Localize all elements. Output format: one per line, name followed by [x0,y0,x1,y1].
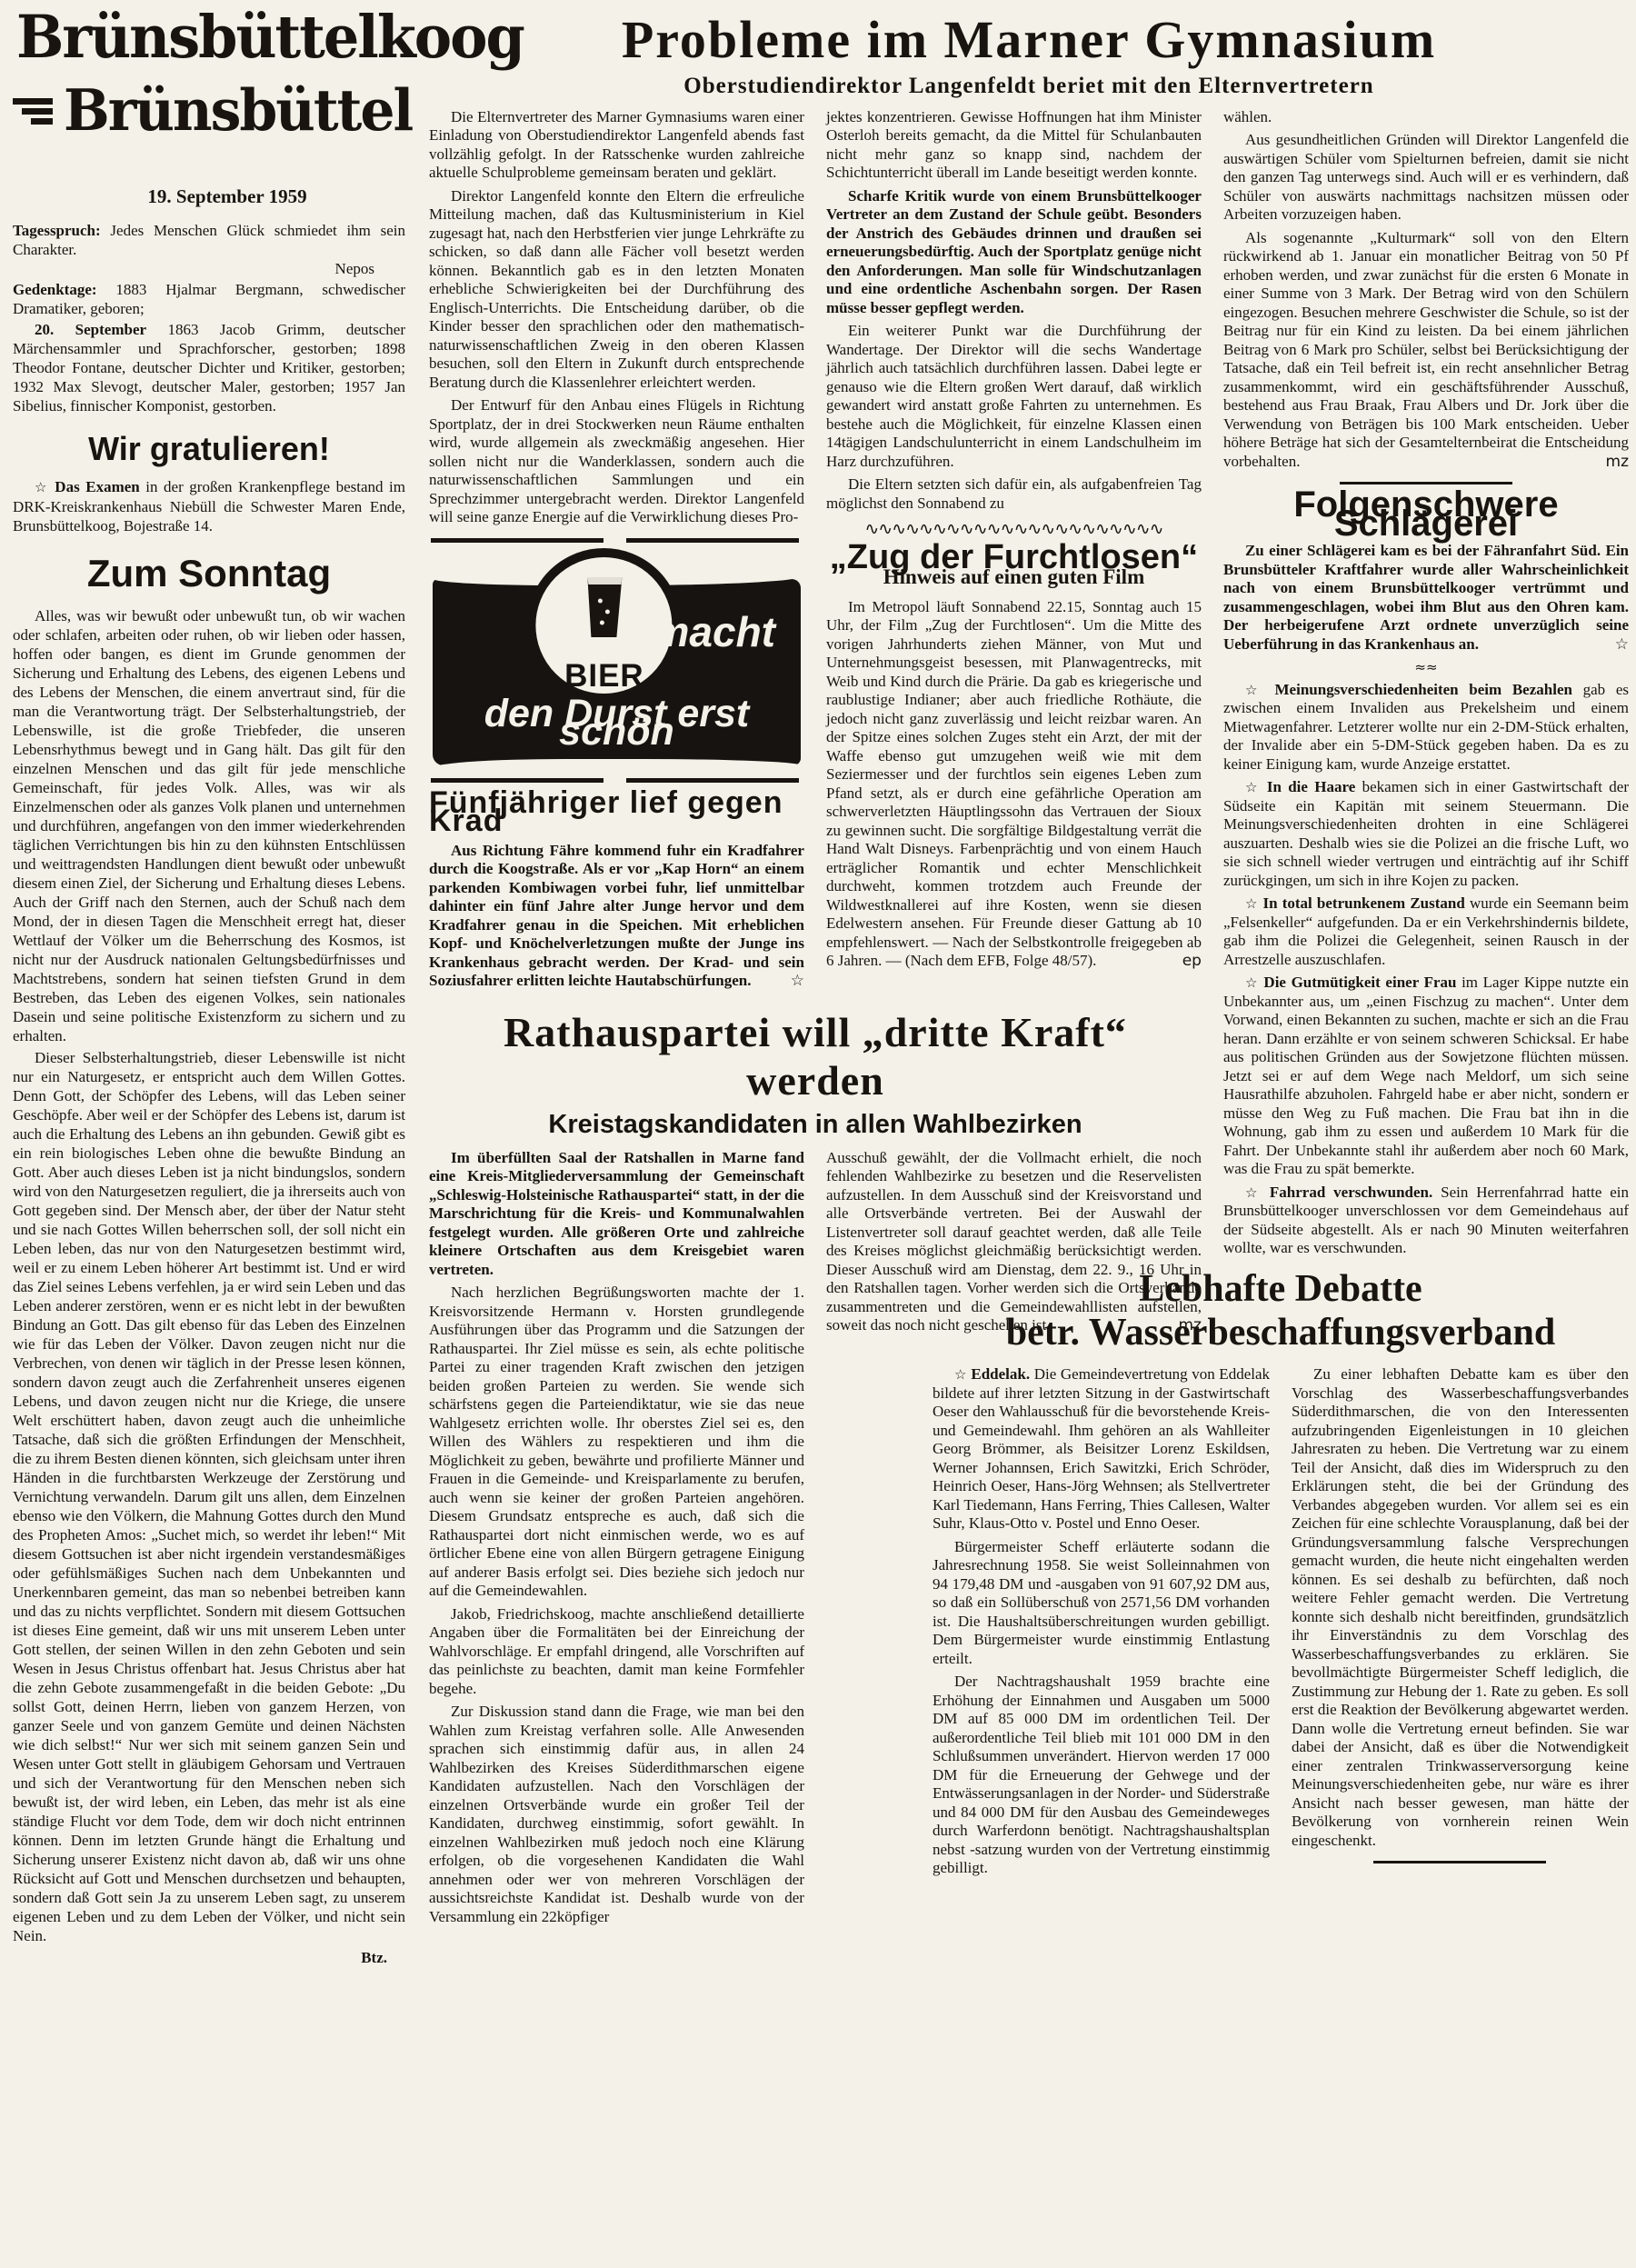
town-hall-party-signature: mz [1178,1316,1201,1335]
sunday-paragraph-2: Dieser Selbsterhaltungstrieb, dieser Leb… [13,1048,405,1945]
gymnasium-paragraph: Die Eltern setzten sich dafür ein, als a… [826,475,1202,513]
town-hall-party-column-2: Ausschuß gewählt, der die Vollmacht erhi… [826,1149,1202,1932]
gymnasium-paragraph: Die Elternvertreter des Marner Gymnasium… [429,108,804,183]
main-subhead: Oberstudiendirektor Langenfeldt beriet m… [429,74,1629,99]
speed-lines-icon [13,95,53,128]
section-rule [431,538,803,543]
news-item: ☆ In total betrunkenem Zustand wurde ein… [1223,894,1629,969]
star-icon: ☆ [769,972,804,991]
town-hall-party-column-1: Im überfüllten Saal der Ratshallen in Ma… [429,1149,804,1932]
gymnasium-column-2: jektes konzentrieren. Gewisse Hoffnungen… [826,108,1202,995]
memorial-label: Gedenktage: [13,281,97,298]
accident-article-body: Aus Richtung Fähre kommend fuhr ein Krad… [429,842,804,991]
gymnasium-paragraph: Ein weiterer Punkt war die Durchführung … [826,322,1202,471]
water-board-paragraph: Zu einer lebhaften Debatte kam es über d… [1292,1365,1629,1850]
star-icon: ☆ [1593,635,1629,654]
beer-advertisement: BIER macht den Durst erst schön [433,579,801,765]
film-review-heading: „Zug der Furchtlosen“ [826,548,1202,567]
town-hall-party-headline: Rathauspartei will „dritte Kraft“ werden [429,1008,1202,1104]
sunday-signature: Btz. [13,1948,405,1967]
gymnasium-paragraph: Aus gesundheitlichen Gründen will Direkt… [1223,131,1629,225]
newspaper-page: Brünsbüttelkoog Brünsbüttel 19. Septembe… [0,0,1636,2268]
news-item: ☆ Die Gutmütigkeit einer Frau im Lager K… [1223,974,1629,1179]
squiggle-divider: ∿∿∿∿∿∿∿∿∿∿∿∿∿∿∿∿∿∿∿∿∿∿ [826,520,1202,539]
congratulations-item: ☆ Das Examen in der großen Krankenpflege… [13,477,405,535]
gymnasium-paragraph: Der Entwurf für den Anbau eines Flügels … [429,396,804,527]
memorial-days: Gedenktage: 1883 Hjalmar Bergmann, schwe… [13,280,405,415]
mini-squiggle-divider: ≈≈ [1223,658,1629,677]
section-rule [431,778,803,783]
article-end-rule [1373,1861,1546,1863]
news-item: ☆ In die Haare bekamen sich in einer Gas… [1223,778,1629,890]
star-icon: ☆ [1245,974,1259,991]
star-icon: ☆ [1245,682,1264,698]
gymnasium-signature: mz [1584,453,1629,472]
film-review-signature: ep [1161,952,1202,971]
town-hall-party-paragraph: Zur Diskussion stand dann die Frage, wie… [429,1703,804,1926]
gymnasium-carry-word: wählen. [1223,108,1629,127]
gymnasium-criticism-paragraph: Scharfe Kritik wurde von einem Brunsbütt… [826,187,1202,318]
sunday-column: Alles, was wir bewußt oder unbewußt tun,… [13,606,405,1967]
daily-quote: Tagesspruch: Jedes Menschen Glück schmie… [13,221,405,278]
accident-article-heading: Fünfjähriger lief gegen Krad [429,794,804,831]
issue-date: 19. September 1959 [49,185,405,208]
star-icon: ☆ [1245,895,1258,912]
masthead: Brünsbüttelkoog Brünsbüttel 19. Septembe… [13,9,405,208]
town-hall-party-paragraph: Ausschuß gewählt, der die Vollmacht erhi… [826,1149,1202,1335]
gymnasium-paragraph: Direktor Langenfeld konnte den Eltern di… [429,187,804,393]
quote-label: Tagesspruch: [13,222,101,239]
masthead-title-line2: Brünsbüttel [64,83,412,139]
star-icon: ☆ [1245,779,1261,795]
main-area: Probleme im Marner Gymnasium Oberstudien… [429,9,1629,2268]
masthead-title-line1: Brünsbüttelkoog [13,8,405,66]
beer-glass-icon [581,572,628,641]
sunday-column-heading: Zum Sonntag [13,552,405,595]
right-column: wählen. Aus gesundheitlichen Gründen wil… [1223,108,1629,1932]
gymnasium-article-head: Probleme im Marner Gymnasium Oberstudien… [429,9,1629,99]
town-hall-party-paragraph: Jakob, Friedrichskoog, machte anschließe… [429,1605,804,1699]
main-headline: Probleme im Marner Gymnasium [429,13,1629,68]
town-hall-party-paragraph: Nach herzlichen Begrüßungsworten machte … [429,1284,804,1601]
star-icon: ☆ [1245,1184,1262,1201]
news-item: ☆ Fahrrad verschwunden. Sein Herrenfahrr… [1223,1184,1629,1258]
left-column: Brünsbüttelkoog Brünsbüttel 19. Septembe… [13,9,405,2268]
congratulations-heading: Wir gratulieren! [13,430,405,468]
town-hall-party-intro: Im überfüllten Saal der Ratshallen in Ma… [429,1149,804,1280]
gymnasium-column-1: Die Elternvertreter des Marner Gymnasium… [429,108,804,995]
brawl-article-body: Zu einer Schlägerei kam es bei der Fähra… [1223,542,1629,654]
ad-word: macht [653,623,775,642]
short-news-list: ☆ Meinungsverschiedenheiten beim Bezahle… [1223,681,1629,1258]
quote-attribution: Nepos [13,259,405,278]
town-hall-party-article-head: Rathauspartei will „dritte Kraft“ werden… [429,1008,1202,1140]
sunday-paragraph-1: Alles, was wir bewußt oder unbewußt tun,… [13,606,405,1045]
town-hall-party-subhead: Kreistagskandidaten in allen Wahlbezirke… [429,1110,1202,1140]
congratulations-lead: Das Examen [55,478,139,495]
memorial-entry-2-date: 20. September [35,321,146,338]
film-review-body: Im Metropol läuft Sonnabend 22.15, Sonnt… [826,598,1202,971]
gymnasium-paragraph: jektes konzentrieren. Gewisse Hoffnungen… [826,108,1202,183]
news-item: ☆ Meinungsverschiedenheiten beim Bezahle… [1223,681,1629,774]
ad-slogan: den Durst erst schön [433,704,801,742]
brawl-article-heading: Folgenschwere Schlägerei [1223,495,1629,533]
star-icon: ☆ [35,479,49,495]
water-board-column-2: Zu einer lebhaften Debatte kam es über d… [1292,1365,1629,1883]
ad-brand: BIER [536,667,673,686]
gymnasium-paragraph: Als sogenannte „Kulturmark“ soll von den… [1223,229,1629,472]
